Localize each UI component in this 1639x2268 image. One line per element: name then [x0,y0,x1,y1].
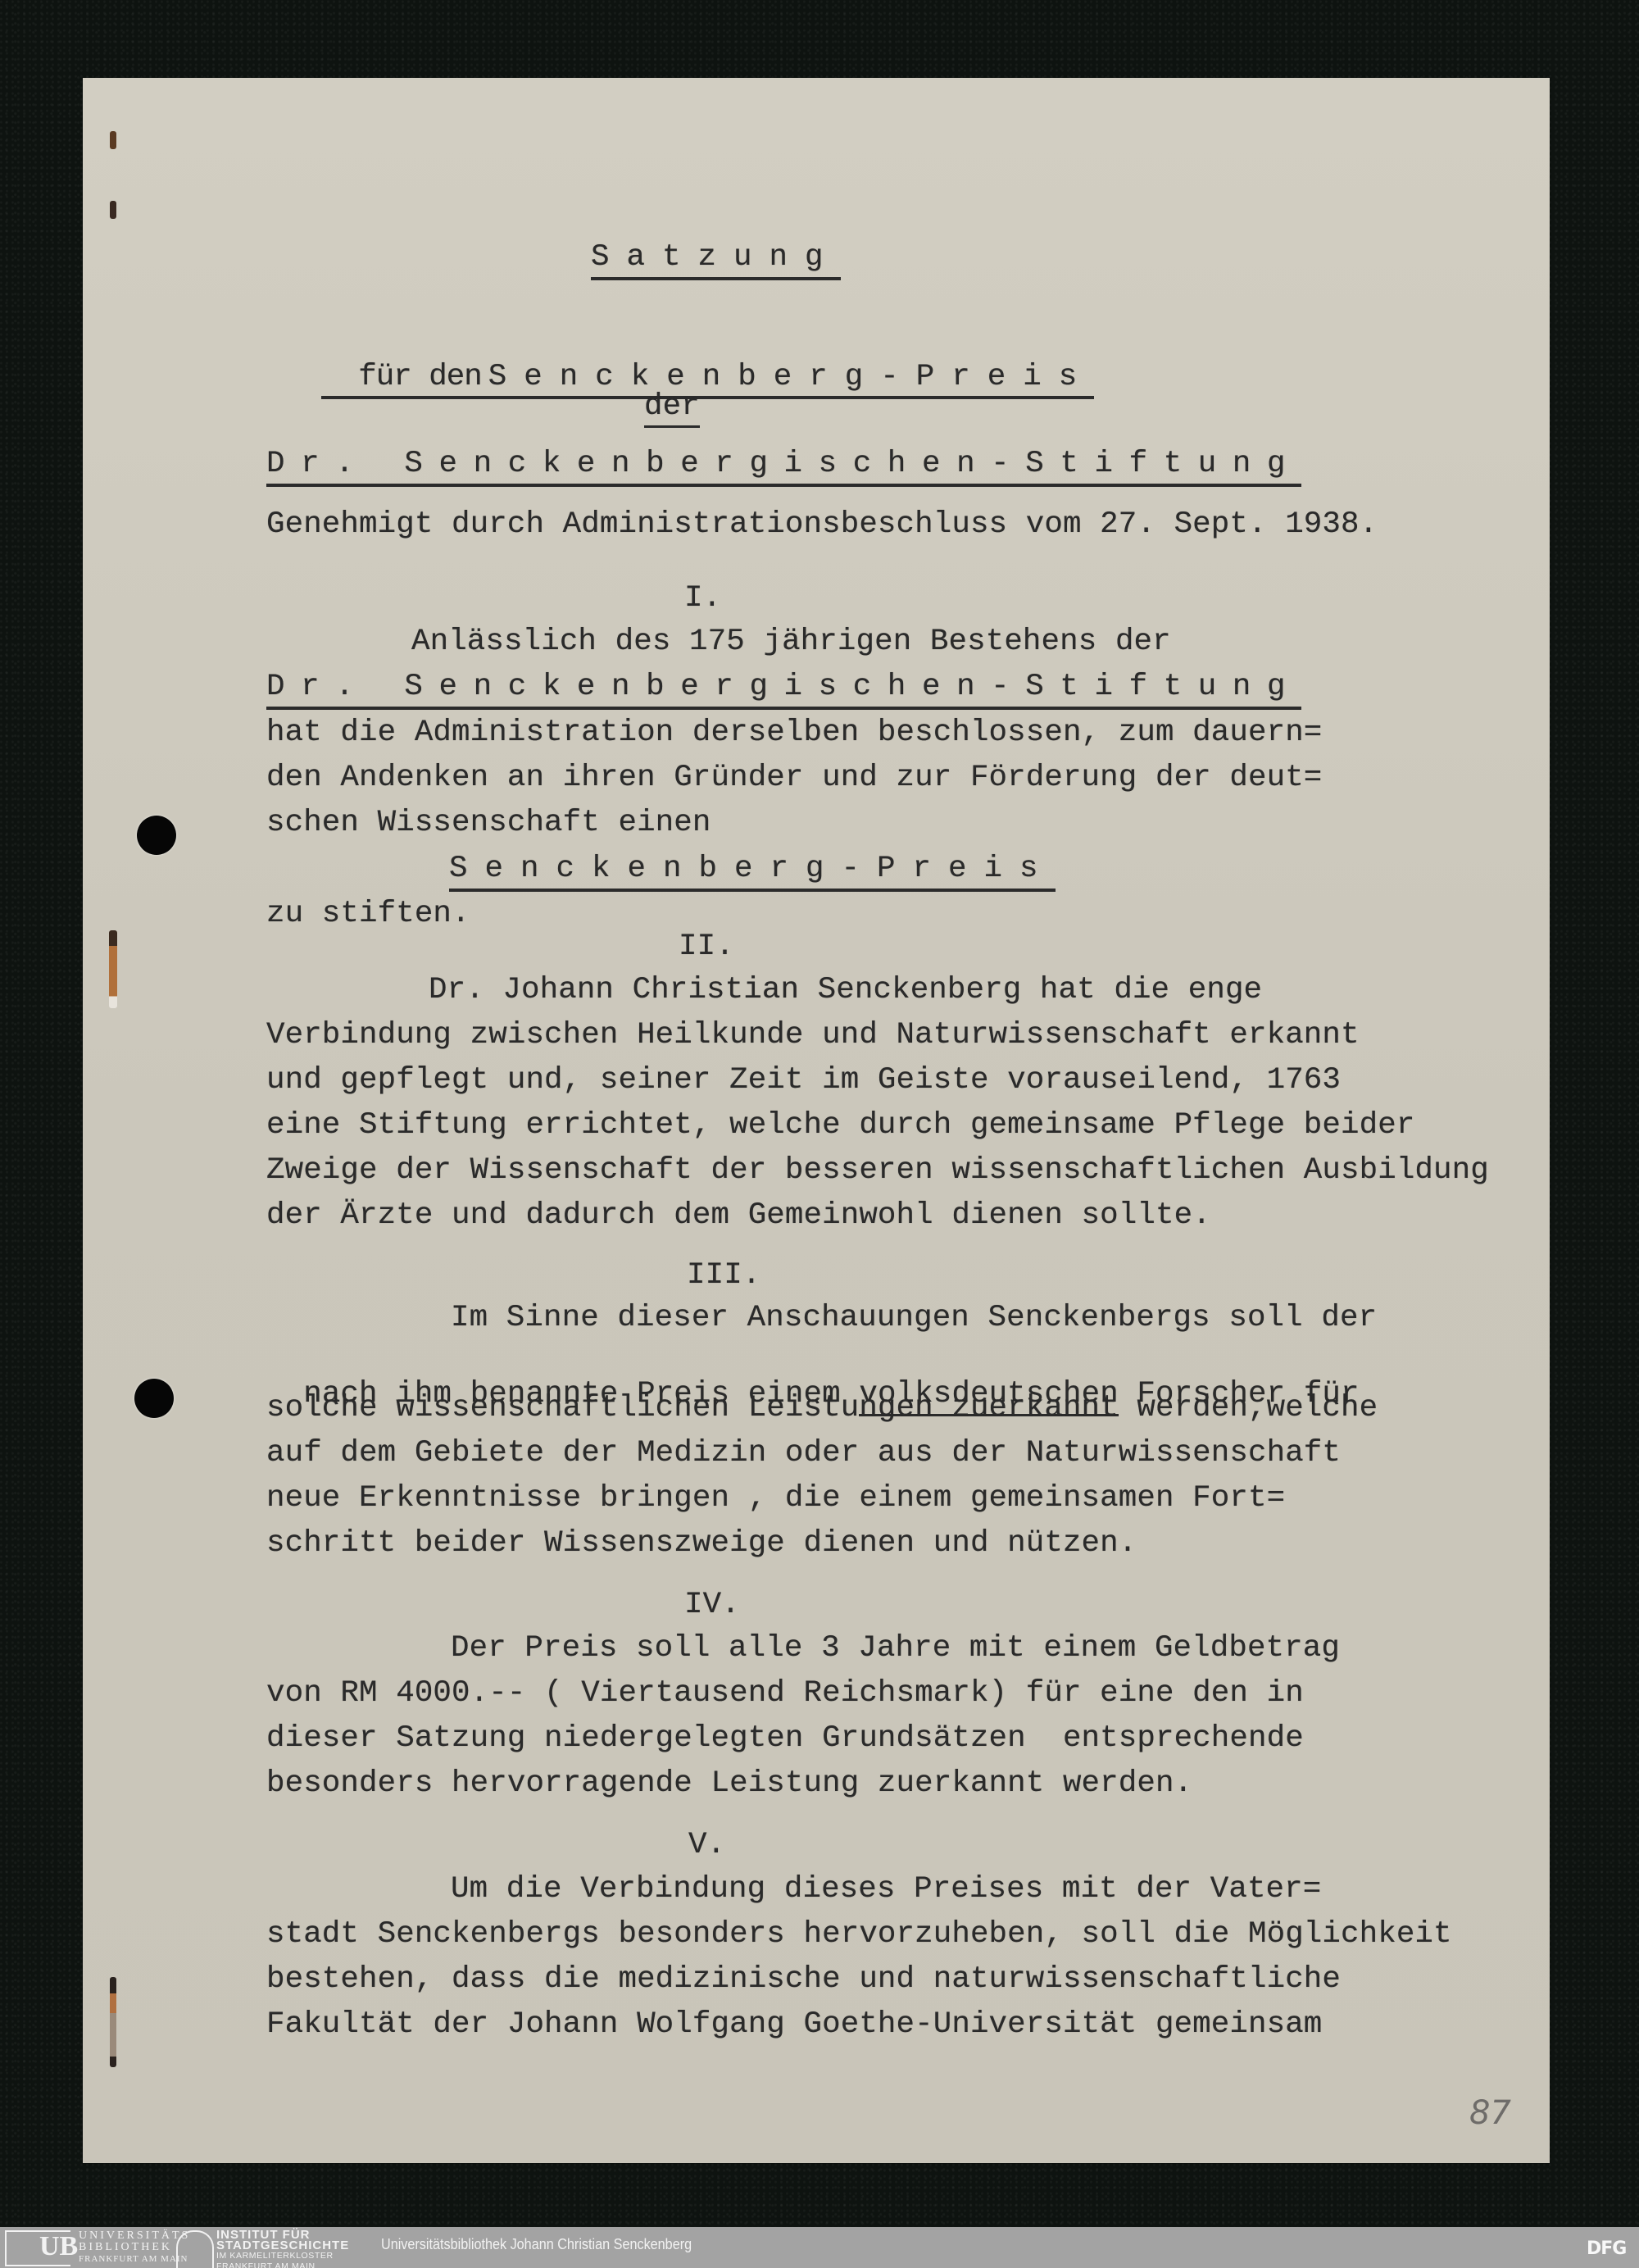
ub-line-2: BIBLIOTHEK [79,2242,190,2253]
section-numeral-5: V. [688,1830,725,1861]
section-numeral-4: IV. [684,1590,740,1621]
ub-logo[interactable]: UB [5,2232,70,2265]
section-1-foundation: Dr. Senckenbergischen-Stiftung [266,672,1301,710]
section-3-line-6: schritt beider Wissenszweige dienen und … [266,1529,1137,1560]
punch-hole-upper [137,816,176,855]
subtitle-line: für denSenckenberg-Preis [321,331,1094,399]
section-2-line-1: Dr. Johann Christian Senckenberg hat die… [429,975,1262,1007]
section-1-line-1: Anlässlich des 175 jährigen Bestehens de… [411,627,1171,658]
section-5-line-2: stadt Senckenbergs besonders hervorzuheb… [266,1920,1452,1951]
punch-hole-lower [134,1379,174,1418]
section-3-line-1: Im Sinne dieser Anschauungen Senckenberg… [451,1303,1377,1334]
ub-line-1: UNIVERSITÄTS [79,2230,190,2242]
section-1-line-5: schen Wissenschaft einen [266,808,711,839]
section-2-line-3: und gepflegt und, seiner Zeit im Geiste … [266,1066,1341,1097]
section-5-line-3: bestehen, dass die medizinische und natu… [266,1965,1341,1996]
ub-logo-text: UB [39,2231,78,2262]
isg-wordmark: INSTITUT FÜR STADTGESCHICHTE IM KARMELIT… [216,2229,349,2268]
rust-mark-middle [109,930,117,1008]
staple-mark-top-lower [110,201,116,219]
rust-mark-bottom [110,1977,116,2067]
dfg-logo[interactable]: DFG [1587,2238,1626,2259]
section-1-line-4: den Andenken an ihren Gründer und zur Fö… [266,763,1322,794]
section-2-line-5: Zweige der Wissenschaft der besseren wis… [266,1156,1489,1187]
section-numeral-1: I. [684,584,721,615]
section-1-line-7: zu stiften. [266,899,470,930]
footer-bar: UB UNIVERSITÄTS BIBLIOTHEK FRANKFURT AM … [0,2227,1639,2268]
section-2-line-2: Verbindung zwischen Heilkunde und Naturw… [266,1020,1360,1052]
section-1-line-3: hat die Administration derselben beschlo… [266,718,1322,749]
section-numeral-3: III. [687,1261,760,1292]
section-numeral-2: II. [679,932,734,963]
approval-note: Genehmigt durch Administrationsbeschluss… [266,510,1378,541]
document-title: Satzung [591,243,841,280]
subtitle-der: der [644,392,700,428]
isg-line-4: FRANKFURT AM MAIN [216,2261,349,2268]
ub-line-3: FRANKFURT AM MAIN [79,2253,190,2265]
isg-line-3: IM KARMELITERKLOSTER [216,2251,349,2261]
section-3-line-5: neue Erkenntnisse bringen , die einem ge… [266,1484,1285,1515]
isg-arch-icon[interactable] [176,2230,214,2268]
section-2-line-4: eine Stiftung errichtet, welche durch ge… [266,1111,1414,1142]
section-4-line-2: von RM 4000.-- ( Viertausend Reichsmark)… [266,1679,1304,1710]
page-number: 87 [1469,2094,1511,2132]
section-1-prize: Senckenberg-Preis [449,854,1056,892]
section-5-line-4: Fakultät der Johann Wolfgang Goethe-Univ… [266,2010,1322,2041]
ub-wordmark: UNIVERSITÄTS BIBLIOTHEK FRANKFURT AM MAI… [79,2230,190,2265]
section-4-line-4: besonders hervorragende Leistung zuerkan… [266,1769,1192,1800]
section-3-line-4: auf dem Gebiete der Medizin oder aus der… [266,1439,1341,1470]
library-name: Universitätsbibliothek Johann Christian … [381,2236,692,2253]
staple-mark-top [110,131,116,149]
foundation-name: Dr. Senckenbergischen-Stiftung [266,449,1301,487]
section-2-line-6: der Ärzte und dadurch dem Gemeinwohl die… [266,1201,1211,1232]
ub-portrait-icon: UB [5,2230,70,2266]
subtitle-prefix: für den [358,360,482,394]
section-4-line-1: Der Preis soll alle 3 Jahre mit einem Ge… [451,1634,1340,1665]
subtitle-prize-name: Senckenberg-Preis [488,360,1095,394]
section-3-line-3: solche wissenschaftlichen Leistungen zue… [266,1393,1378,1425]
isg-line-2: STADTGESCHICHTE [216,2240,349,2251]
section-5-line-1: Um die Verbindung dieses Preises mit der… [451,1875,1321,1906]
section-4-line-3: dieser Satzung niedergelegten Grundsätze… [266,1724,1304,1755]
